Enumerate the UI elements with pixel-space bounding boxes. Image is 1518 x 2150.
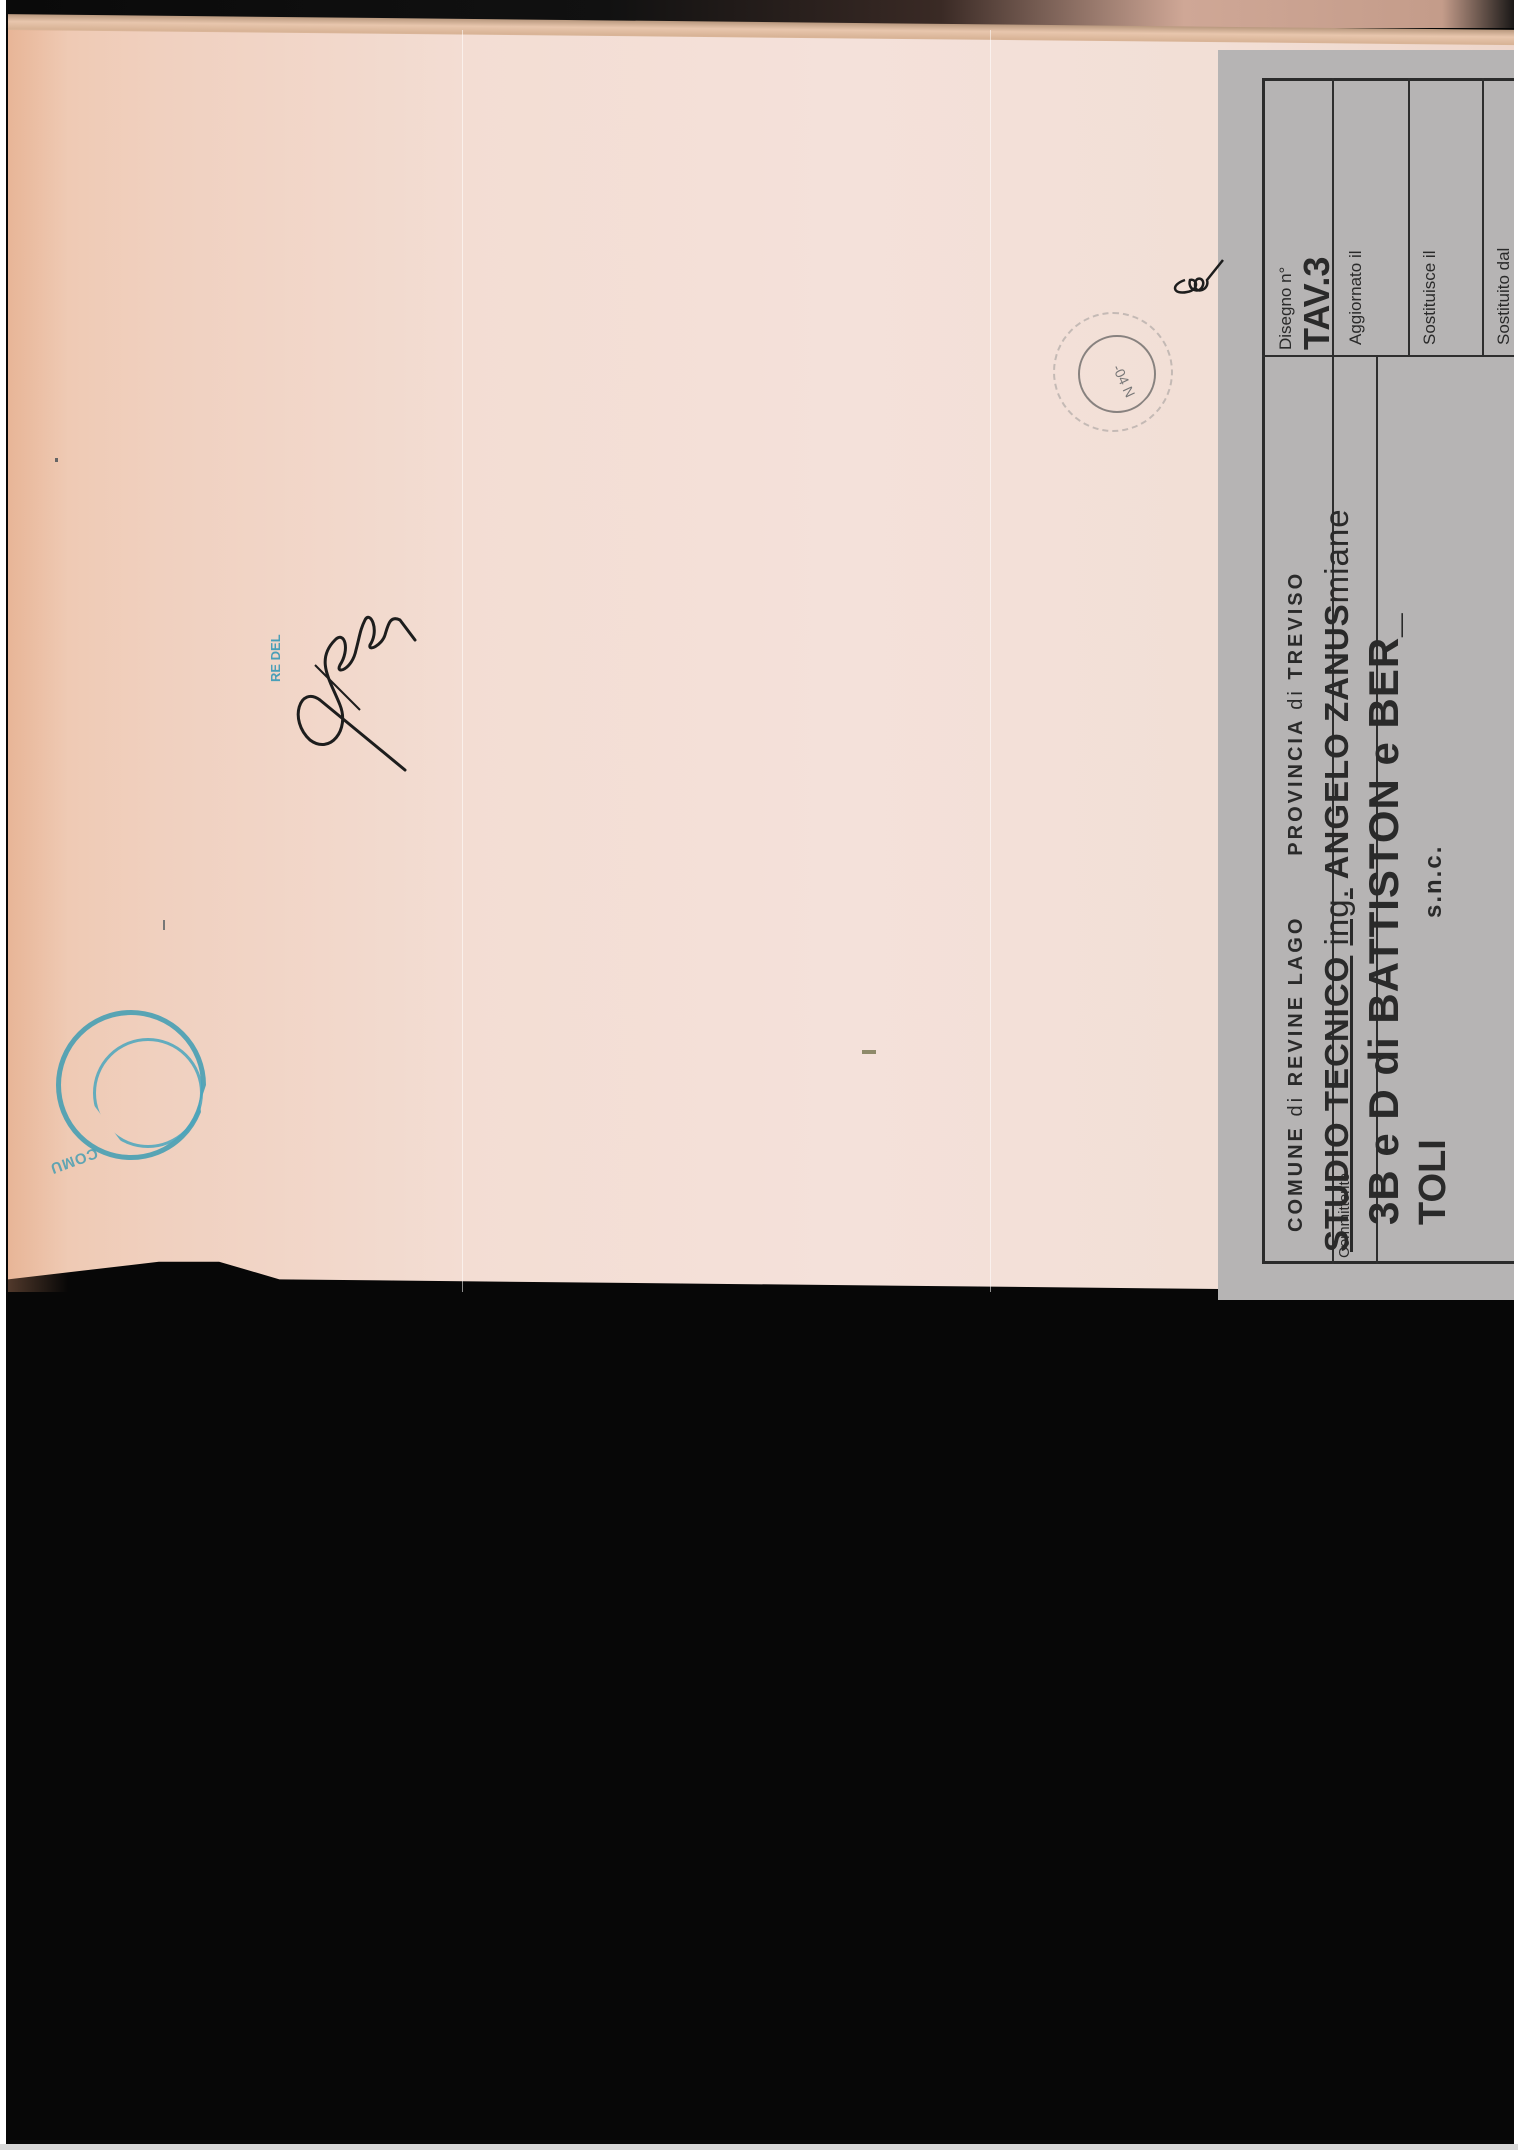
provincia-label: PROVINCIA bbox=[1285, 718, 1307, 855]
table-divider bbox=[1408, 78, 1410, 356]
provincia-di: di bbox=[1285, 688, 1307, 710]
drawing-number: TAV.3 bbox=[1296, 257, 1338, 350]
studio-title: ing. bbox=[1318, 888, 1355, 945]
initials-signature-icon bbox=[1165, 250, 1225, 320]
client-company-type: s.n.c. bbox=[1420, 845, 1448, 918]
studio-line: STUDIO TECNICO ing. ANGELO ZANUSmiane bbox=[1318, 508, 1356, 1252]
paper-speck bbox=[55, 458, 58, 462]
comune-di: di bbox=[1285, 1095, 1307, 1117]
comune-name: REVINE LAGO bbox=[1285, 916, 1307, 1087]
scan-border-bottom bbox=[0, 2144, 1518, 2150]
committente-label: Committente bbox=[1336, 1173, 1353, 1258]
table-divider bbox=[1262, 355, 1518, 357]
paper-speck bbox=[862, 1050, 876, 1054]
provincia-name: TREVISO bbox=[1285, 571, 1307, 680]
signature-stamp-text: RE DEL bbox=[268, 634, 283, 682]
table-divider bbox=[1482, 78, 1484, 356]
scan-border-left bbox=[0, 0, 6, 2150]
client-name-line1: 3B e D di BATTISTON e BER_ bbox=[1360, 612, 1408, 1225]
studio-location: miane bbox=[1318, 508, 1355, 603]
replaces-label: Sostituisce il bbox=[1420, 251, 1440, 345]
replaced-by-label: Sostituito dal bbox=[1494, 248, 1514, 345]
drawing-number-label: Disegno n° bbox=[1276, 267, 1296, 350]
studio-name: ANGELO ZANUS bbox=[1318, 603, 1355, 879]
comune-line: COMUNE di REVINE LAGO PROVINCIA di TREVI… bbox=[1285, 571, 1308, 1232]
updated-label: Aggiornato il bbox=[1346, 250, 1366, 345]
client-name-line2: TOLI bbox=[1412, 1139, 1455, 1225]
comune-label: COMUNE bbox=[1285, 1125, 1307, 1232]
fold-line bbox=[462, 30, 463, 1292]
fold-line bbox=[990, 30, 991, 1292]
signature-icon bbox=[290, 590, 420, 800]
paper-speck bbox=[163, 920, 165, 930]
scan-border-right bbox=[1514, 0, 1518, 2150]
